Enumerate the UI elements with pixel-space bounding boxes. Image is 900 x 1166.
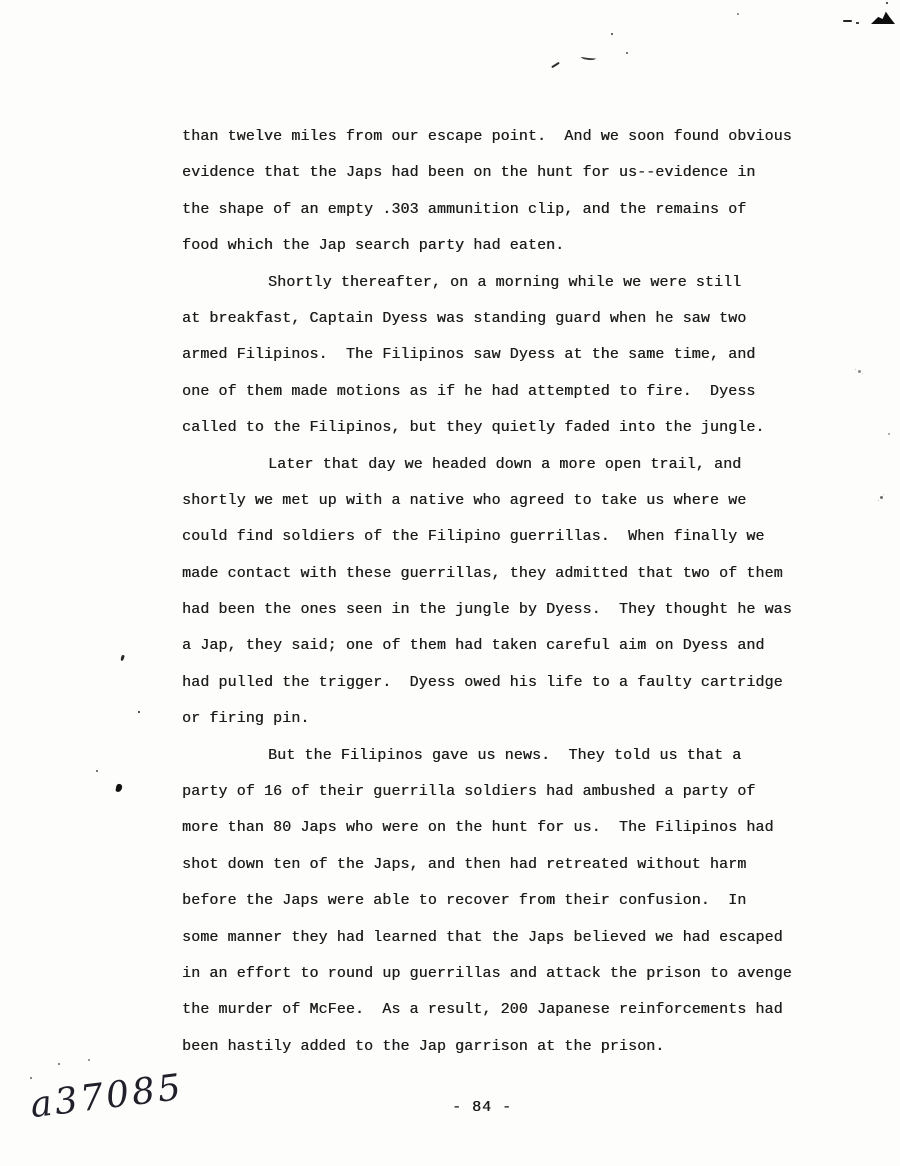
text-line: been hastily added to the Jap garrison a… (182, 1029, 822, 1065)
text-line: food which the Jap search party had eate… (182, 228, 822, 264)
text-line: the murder of McFee. As a result, 200 Ja… (182, 992, 822, 1028)
ink-speck (737, 13, 739, 15)
text-line: called to the Filipinos, but they quietl… (182, 410, 822, 446)
text-line: made contact with these guerrillas, they… (182, 556, 822, 592)
stray-mark (115, 784, 122, 793)
ink-speck (88, 1059, 90, 1061)
ink-speck (858, 370, 861, 373)
document-page: than twelve miles from our escape point.… (0, 0, 900, 1166)
ink-speck (888, 433, 890, 435)
text-line: had pulled the trigger. Dyess owed his l… (182, 665, 822, 701)
handwritten-archive-number: a37085 (28, 1067, 186, 1126)
body-text: than twelve miles from our escape point.… (182, 119, 822, 1065)
ink-speck (96, 770, 98, 772)
ink-speck (886, 2, 888, 4)
text-line: than twelve miles from our escape point.… (182, 119, 822, 155)
text-line: shortly we met up with a native who agre… (182, 483, 822, 519)
text-line: had been the ones seen in the jungle by … (182, 592, 822, 628)
text-line: party of 16 of their guerrilla soldiers … (182, 774, 822, 810)
text-line: Later that day we headed down a more ope… (182, 447, 822, 483)
ink-smudge-top-right (871, 11, 895, 24)
text-line: more than 80 Japs who were on the hunt f… (182, 810, 822, 846)
ink-speck (58, 1063, 60, 1065)
text-line: at breakfast, Captain Dyess was standing… (182, 301, 822, 337)
stray-mark (551, 62, 560, 68)
text-line: But the Filipinos gave us news. They tol… (182, 738, 822, 774)
ink-speck (856, 22, 859, 24)
ink-speck (880, 496, 883, 499)
text-line: a Jap, they said; one of them had taken … (182, 628, 822, 664)
ink-speck (843, 20, 852, 22)
text-line: one of them made motions as if he had at… (182, 374, 822, 410)
text-line: the shape of an empty .303 ammunition cl… (182, 192, 822, 228)
ink-speck (611, 33, 613, 35)
text-line: before the Japs were able to recover fro… (182, 883, 822, 919)
text-line: some manner they had learned that the Ja… (182, 920, 822, 956)
ink-speck (626, 52, 628, 54)
page-number: - 84 - (452, 1099, 512, 1116)
text-line: in an effort to round up guerrillas and … (182, 956, 822, 992)
text-line: or firing pin. (182, 701, 822, 737)
text-line: Shortly thereafter, on a morning while w… (182, 265, 822, 301)
text-line: shot down ten of the Japs, and then had … (182, 847, 822, 883)
text-line: evidence that the Japs had been on the h… (182, 155, 822, 191)
ink-speck (138, 711, 140, 713)
text-line: could find soldiers of the Filipino guer… (182, 519, 822, 555)
stray-mark (120, 655, 125, 662)
text-line: armed Filipinos. The Filipinos saw Dyess… (182, 337, 822, 373)
stray-mark (581, 54, 596, 61)
ink-speck (30, 1077, 32, 1079)
